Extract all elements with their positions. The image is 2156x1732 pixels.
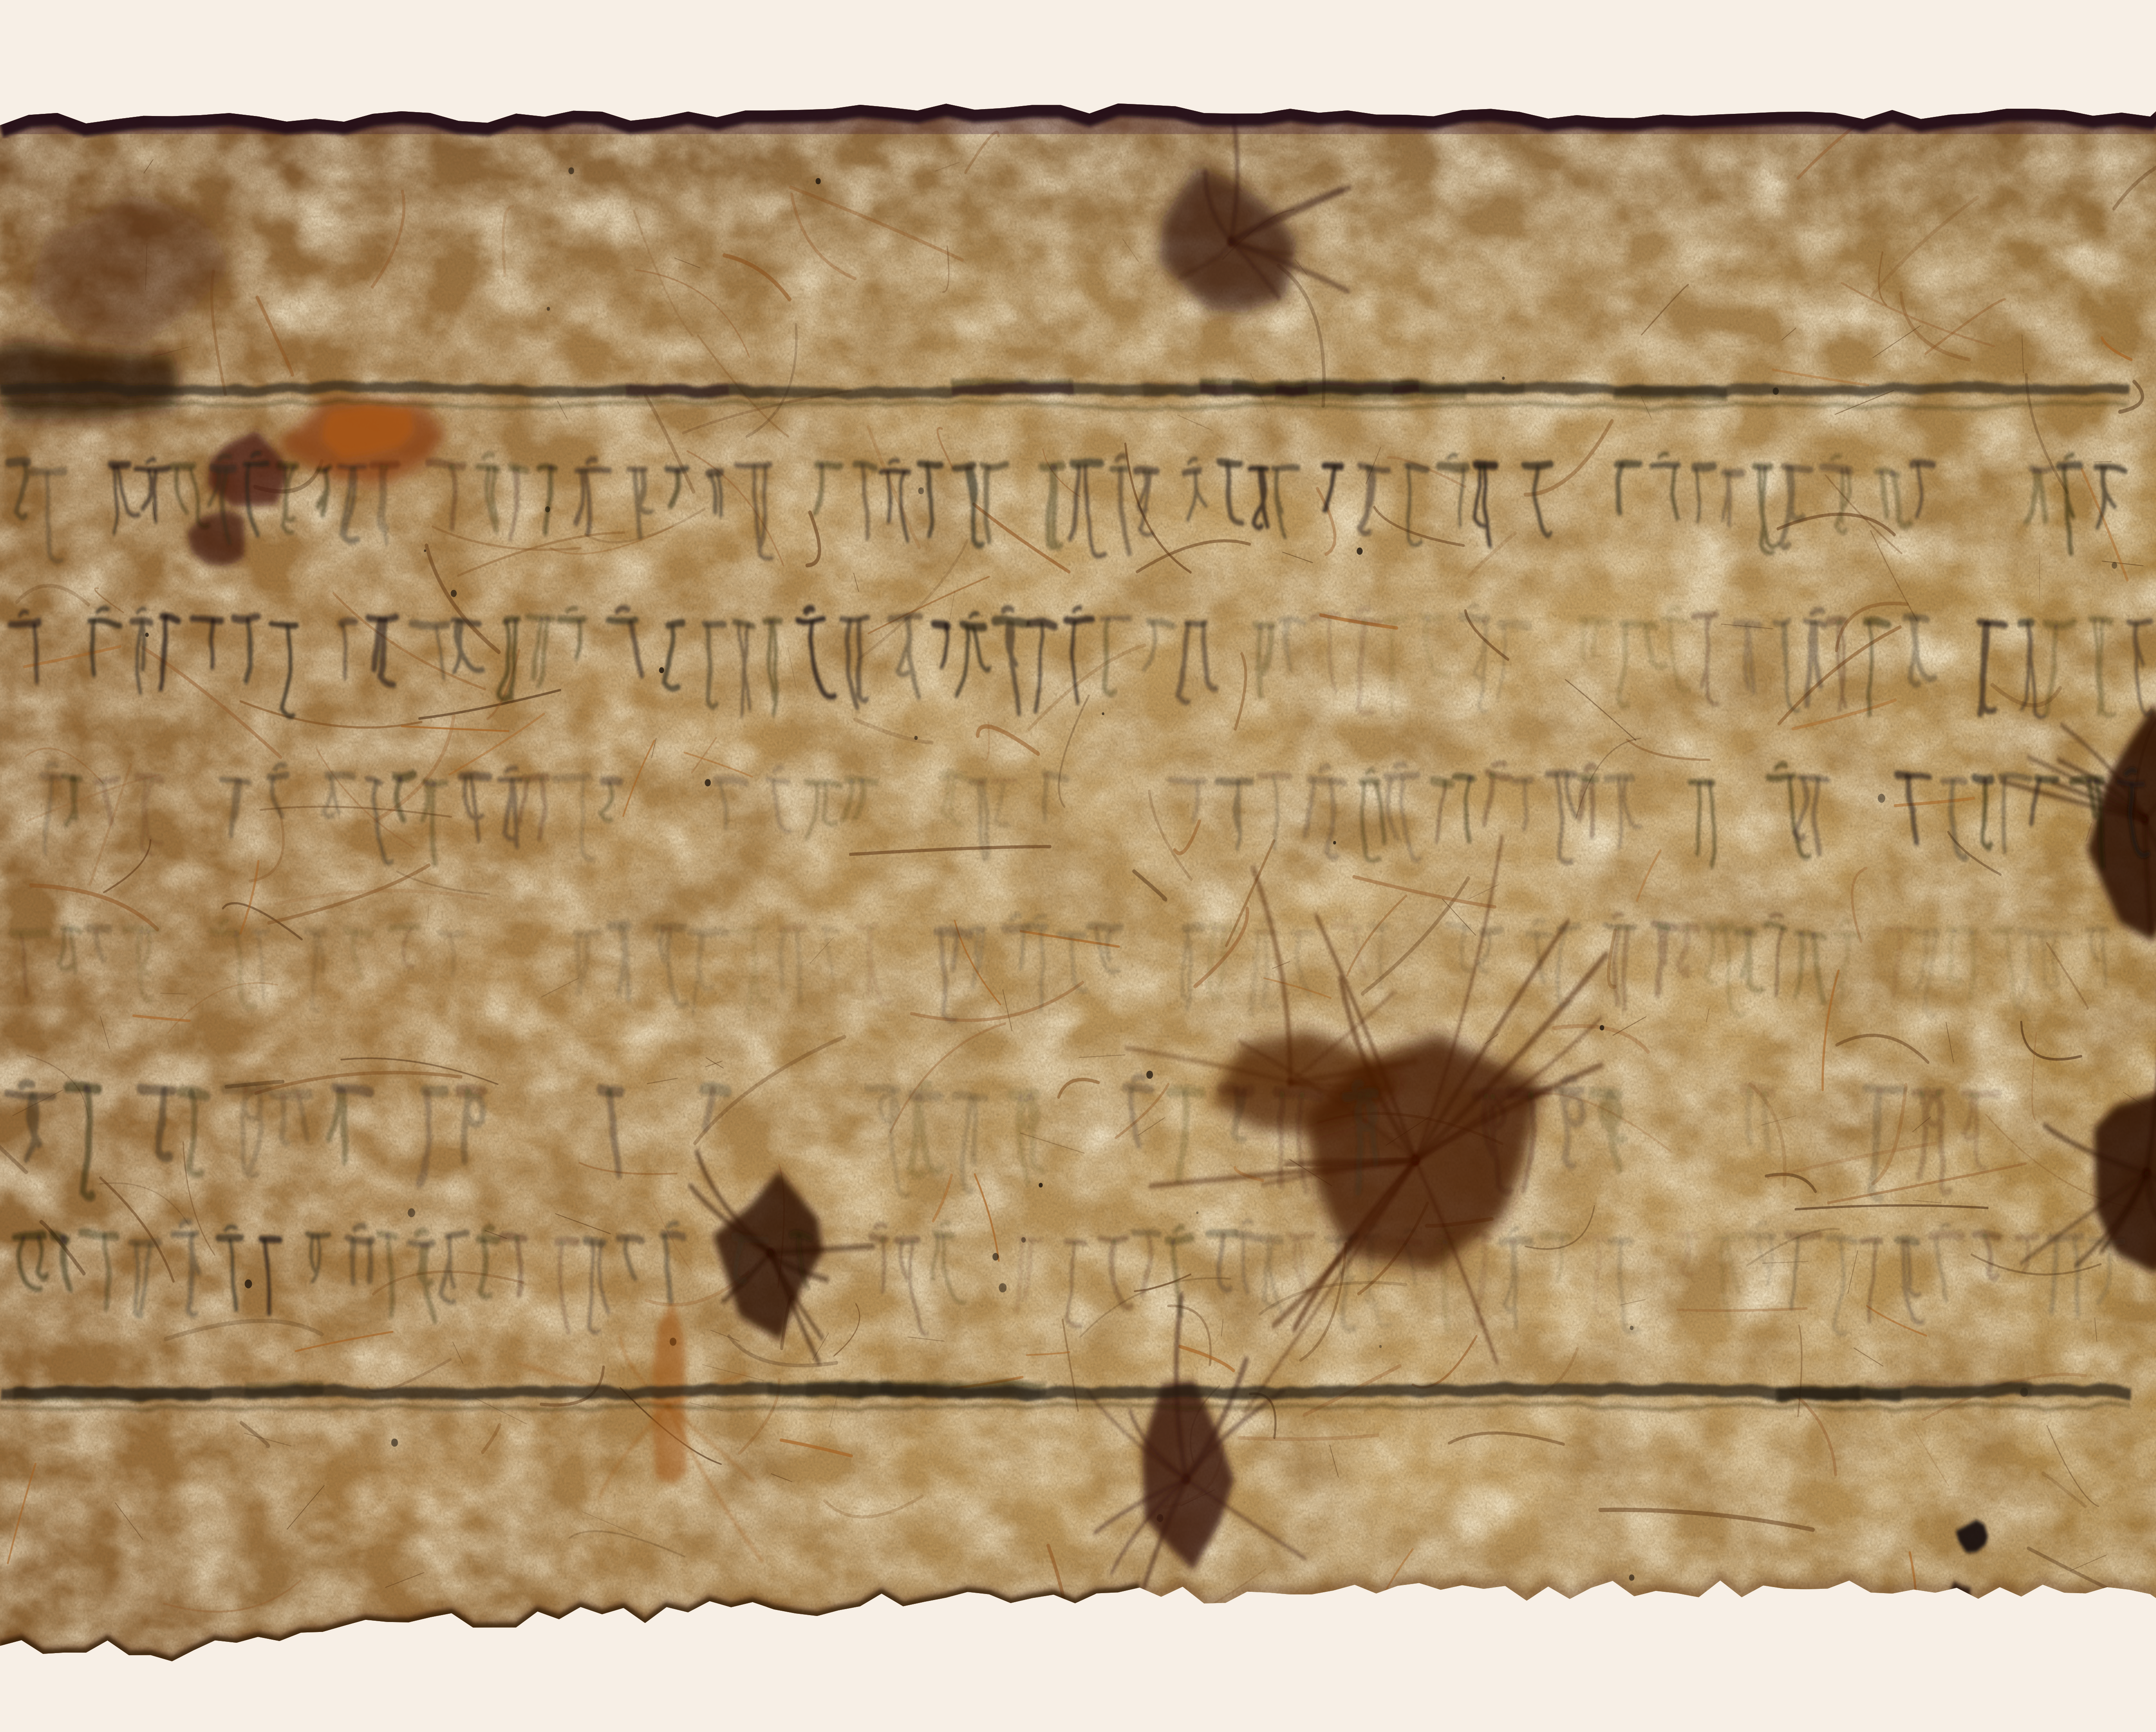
manuscript-leaf (0, 0, 2156, 1732)
ink-speck (1379, 1345, 1382, 1348)
glyph-headbar (1221, 463, 1239, 464)
glyph-headbar (2021, 932, 2048, 933)
glyph-headbar (1617, 464, 1639, 464)
glyph-headbar (1482, 931, 1501, 931)
glyph-headbar (1476, 1094, 1501, 1095)
ink-speck (424, 549, 426, 552)
glyph-headbar (82, 1234, 116, 1237)
glyph-headbar (1912, 464, 1934, 466)
ink-speck (568, 167, 574, 174)
glyph-headbar (1528, 933, 1551, 936)
glyph-headbar (1090, 926, 1119, 927)
glyph-headbar (429, 464, 462, 464)
ink-speck (1039, 1183, 1043, 1187)
glyph-headbar (137, 469, 169, 470)
ink-speck (992, 1253, 999, 1261)
ink-speck (1196, 1211, 1198, 1214)
glyph-headbar (920, 464, 940, 464)
glyph-headbar (96, 781, 119, 782)
glyph-headbar (1066, 620, 1092, 621)
ink-speck (407, 1208, 415, 1217)
glyph-headbar (691, 931, 726, 933)
ink-speck (815, 178, 821, 185)
glyph-headbar (1433, 781, 1451, 784)
ink-speck (1102, 712, 1104, 715)
glyph-headbar (1136, 470, 1157, 471)
paper-grain (0, 0, 2156, 1732)
glyph-headbar (1102, 618, 1129, 619)
glyph-headbar (557, 1241, 577, 1242)
glyph-headbar (2086, 929, 2109, 931)
glyph-headbar (1183, 471, 1201, 472)
glyph-headbar (373, 464, 395, 465)
glyph-headbar (620, 1239, 641, 1240)
ink-speck (1878, 794, 1885, 803)
glyph-headbar (67, 1088, 97, 1089)
glyph-headbar (2059, 466, 2081, 467)
ink-speck (1502, 377, 1504, 380)
glyph-headbar (1993, 931, 2013, 931)
glyph-headbar (1400, 1240, 1420, 1243)
glyph-headbar (440, 933, 464, 935)
glyph-headbar (2046, 623, 2075, 625)
glyph-headbar (141, 1089, 173, 1092)
glyph-headbar (1311, 616, 1338, 618)
photo-canvas (0, 0, 2156, 1732)
ink-speck (1600, 1025, 1604, 1031)
glyph-headbar (1209, 1233, 1235, 1234)
glyph-headbar (1655, 926, 1673, 927)
glyph-headbar (841, 618, 867, 619)
ink-speck (547, 307, 550, 311)
glyph-headbar (897, 1240, 917, 1241)
ink-speck (914, 736, 918, 740)
ink-speck (659, 667, 664, 673)
ink-speck (391, 1439, 398, 1447)
glyph-headbar (890, 618, 921, 618)
glyph-headbar (1030, 926, 1044, 927)
glyph-headbar (347, 931, 370, 933)
glyph-headbar (1326, 1236, 1357, 1238)
ink-speck (451, 590, 457, 597)
glyph-headbar (390, 927, 417, 928)
glyph-headbar (1965, 1093, 1998, 1095)
glyph-headbar (88, 927, 108, 929)
ink-speck (244, 1280, 252, 1289)
glyph-headbar (1558, 926, 1579, 928)
glyph-headbar (768, 779, 788, 782)
glyph-headbar (1789, 1236, 1821, 1237)
glyph-headbar (222, 780, 248, 781)
glyph-headbar (501, 1236, 524, 1238)
glyph-headbar (856, 926, 877, 927)
glyph-headbar (273, 1095, 310, 1096)
glyph-stems (986, 468, 989, 542)
glyph-headbar (1862, 1241, 1880, 1242)
glyph-stems (1524, 781, 1526, 830)
glyph-headbar (2128, 620, 2150, 621)
glyph-headbar (500, 779, 520, 780)
ink-speck (1629, 1574, 1635, 1581)
manuscript-photograph (0, 0, 2156, 1732)
ink-speck (2112, 562, 2117, 568)
glyph-headbar (1361, 467, 1388, 470)
glyph-headbar (1279, 618, 1303, 621)
glyph-headbar (602, 779, 620, 781)
glyph-headbar (192, 618, 221, 620)
glyph-headbar (1544, 1236, 1569, 1237)
glyph-headbar (1754, 466, 1771, 468)
glyph-headbar (1584, 1237, 1604, 1239)
glyph-headbar (1833, 933, 1860, 936)
glyph-headbar (1866, 1089, 1903, 1089)
ink-speck (1146, 1071, 1153, 1079)
glyph-headbar (1293, 933, 1313, 933)
glyph-headbar (1217, 781, 1250, 782)
ink-speck (999, 1283, 1006, 1293)
ink-speck (145, 633, 149, 637)
ink-speck (1357, 548, 1363, 555)
glyph-headbar (138, 775, 160, 779)
ink-speck (705, 779, 711, 787)
glyph-headbar (272, 624, 298, 627)
glyph-headbar (1423, 618, 1442, 618)
glyph-headbar (1694, 615, 1717, 617)
glyph-headbar (1065, 1240, 1084, 1243)
fiber-hair (2093, 461, 2112, 462)
glyph-headbar (413, 624, 448, 626)
glyph-headbar (1888, 929, 1908, 931)
glyph-headbar (1695, 466, 1713, 468)
glyph-headbar (1238, 1234, 1258, 1236)
glyph-headbar (1548, 774, 1575, 775)
glyph-headbar (1897, 775, 1929, 777)
glyph-headbar (2018, 1237, 2037, 1238)
ink-speck (1630, 1326, 1634, 1330)
glyph-headbar (559, 619, 584, 620)
glyph-headbar (942, 774, 964, 778)
glyph-headbar (665, 621, 682, 622)
ink-speck (918, 487, 924, 494)
ink-speck (1333, 841, 1336, 844)
glyph-stems (1045, 776, 1047, 820)
